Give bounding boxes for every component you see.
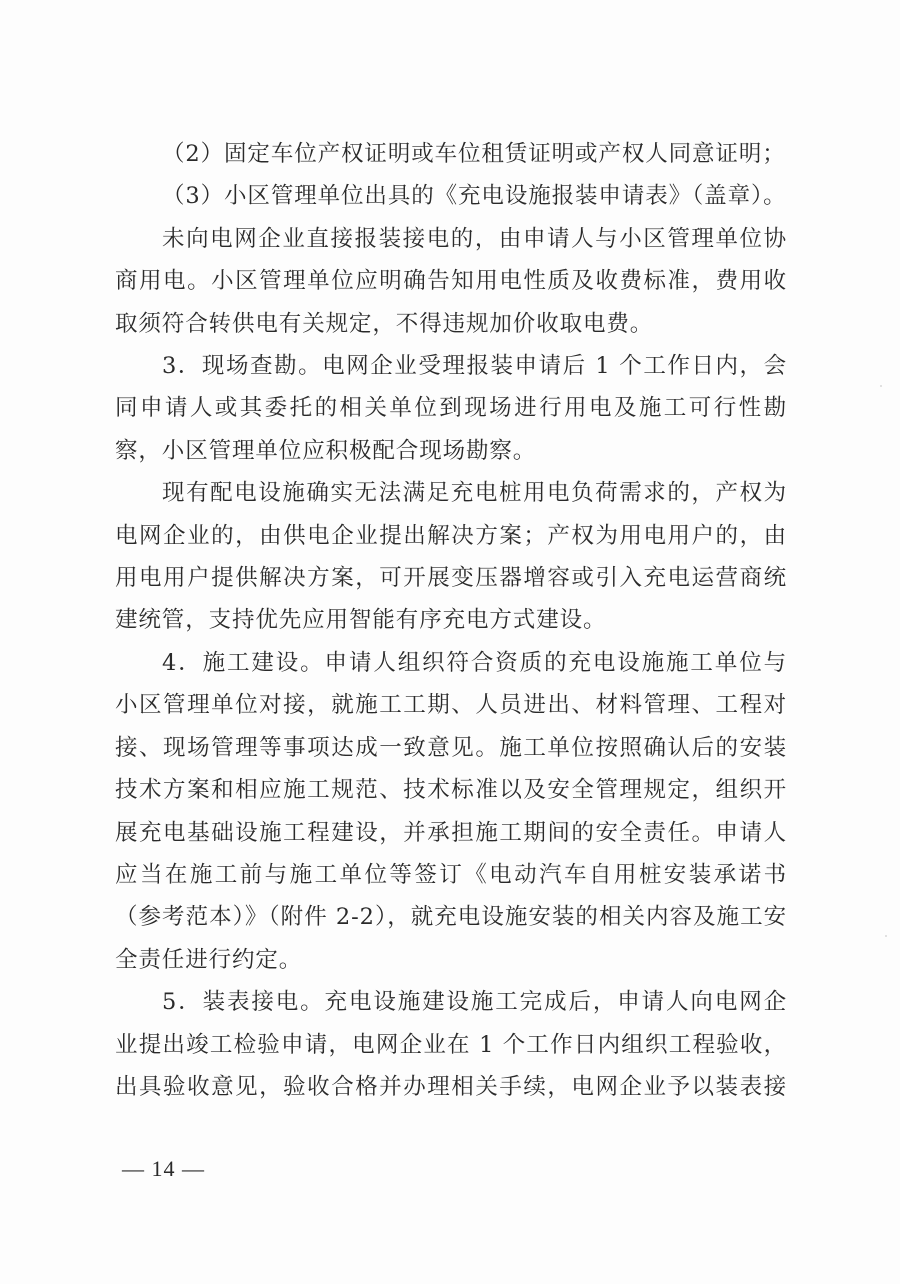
text-line: 业提出竣工检验申请，电网企业在 1 个工作日内组织工程验收， xyxy=(115,1024,787,1066)
text-line: 应当在施工前与施工单位等签订《电动汽车自用桩安装承诺书 xyxy=(115,854,787,896)
document-body: （2）固定车位产权证明或车位租赁证明或产权人同意证明； （3）小区管理单位出具的… xyxy=(115,133,787,1108)
text-line: 用电用户提供解决方案，可开展变压器增容或引入充电运营商统 xyxy=(115,557,787,599)
text-line: 4．施工建设。申请人组织符合资质的充电设施施工单位与 xyxy=(115,642,787,684)
text-line: （参考范本）》（附件 2-2），就充电设施安装的相关内容及施工安 xyxy=(115,896,787,938)
text-line: 全责任进行约定。 xyxy=(115,939,787,981)
paragraph-item-2: （2）固定车位产权证明或车位租赁证明或产权人同意证明； xyxy=(115,133,787,175)
text-line: 技术方案和相应施工规范、技术标准以及安全管理规定，组织开 xyxy=(115,769,787,811)
text-line: 商用电。小区管理单位应明确告知用电性质及收费标准，费用收 xyxy=(115,260,787,302)
paragraph-item-3: （3）小区管理单位出具的《充电设施报装申请表》（盖章）。 xyxy=(115,175,787,217)
text-line: 察，小区管理单位应积极配合现场勘察。 xyxy=(115,430,787,472)
text-line: （3）小区管理单位出具的《充电设施报装申请表》（盖章）。 xyxy=(115,175,787,217)
text-line: 小区管理单位对接，就施工工期、人员进出、材料管理、工程对 xyxy=(115,684,787,726)
paragraph-load-capacity: 现有配电设施确实无法满足充电桩用电负荷需求的，产权为 电网企业的，由供电企业提出… xyxy=(115,472,787,642)
text-line: （2）固定车位产权证明或车位租赁证明或产权人同意证明； xyxy=(115,133,787,175)
paragraph-direct-connection: 未向电网企业直接报装接电的，由申请人与小区管理单位协 商用电。小区管理单位应明确… xyxy=(115,218,787,345)
text-line: 取须符合转供电有关规定，不得违规加价收取电费。 xyxy=(115,303,787,345)
text-line: 接、现场管理等事项达成一致意见。施工单位按照确认后的安装 xyxy=(115,727,787,769)
paragraph-meter-installation: 5．装表接电。充电设施建设施工完成后，申请人向电网企 业提出竣工检验申请，电网企… xyxy=(115,981,787,1108)
scan-speck xyxy=(880,385,882,387)
document-page: （2）固定车位产权证明或车位租赁证明或产权人同意证明； （3）小区管理单位出具的… xyxy=(0,0,900,1284)
text-line: 电网企业的，由供电企业提出解决方案；产权为用电用户的，由 xyxy=(115,515,787,557)
page-number: — 14 — xyxy=(122,1156,205,1182)
paragraph-construction: 4．施工建设。申请人组织符合资质的充电设施施工单位与 小区管理单位对接，就施工工… xyxy=(115,642,787,981)
text-line: 未向电网企业直接报装接电的，由申请人与小区管理单位协 xyxy=(115,218,787,260)
text-line: 3．现场查勘。电网企业受理报装申请后 1 个工作日内，会 xyxy=(115,345,787,387)
text-line: 建统管，支持优先应用智能有序充电方式建设。 xyxy=(115,599,787,641)
text-line: 现有配电设施确实无法满足充电桩用电负荷需求的，产权为 xyxy=(115,472,787,514)
scan-speck xyxy=(885,935,887,937)
paragraph-site-survey: 3．现场查勘。电网企业受理报装申请后 1 个工作日内，会 同申请人或其委托的相关… xyxy=(115,345,787,472)
text-line: 5．装表接电。充电设施建设施工完成后，申请人向电网企 xyxy=(115,981,787,1023)
text-line: 展充电基础设施工程建设，并承担施工期间的安全责任。申请人 xyxy=(115,812,787,854)
text-line: 同申请人或其委托的相关单位到现场进行用电及施工可行性勘 xyxy=(115,387,787,429)
text-line: 出具验收意见，验收合格并办理相关手续，电网企业予以装表接 xyxy=(115,1066,787,1108)
